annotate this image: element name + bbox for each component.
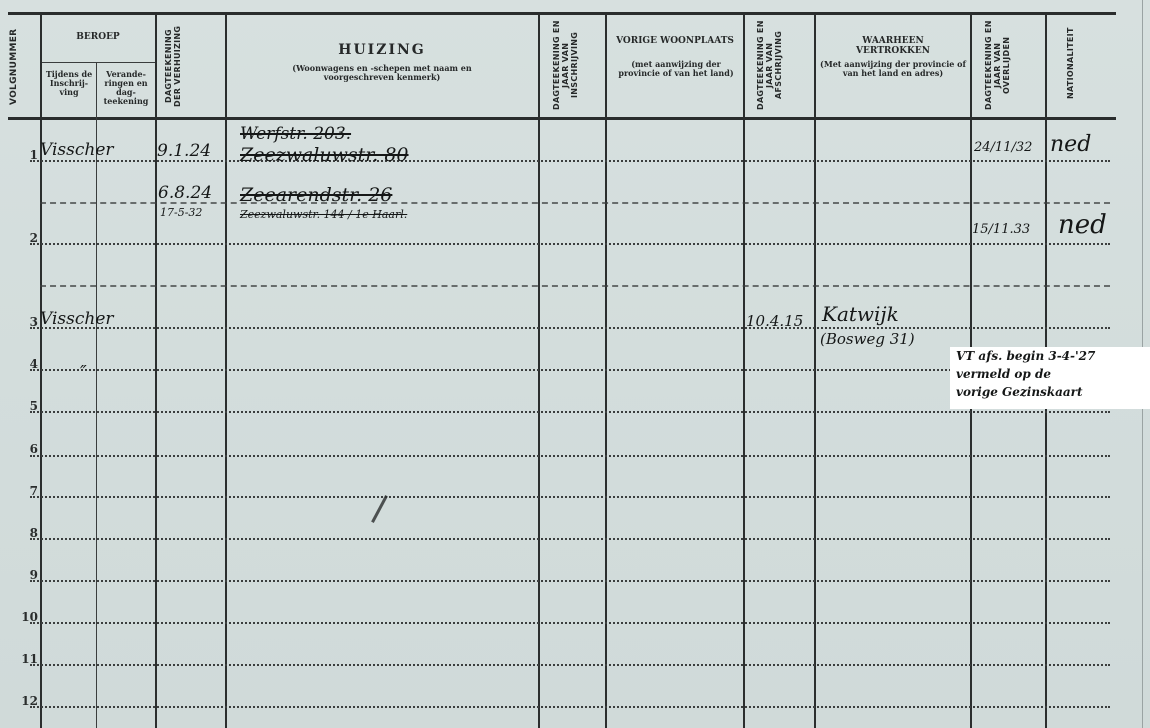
col-line: [743, 14, 745, 728]
row2-nationaliteit: Ned: [1058, 210, 1107, 240]
row-line-11: [30, 664, 1110, 666]
row-line-10: [30, 622, 1110, 624]
header-beroep-tijdens: Tijdens de Inschrij-ving: [44, 70, 94, 97]
annotation-note-line-3: vorige Gezinskaart: [956, 385, 1083, 399]
huizing-address-3: Zeearendstr. 26: [240, 184, 392, 206]
col-line: [814, 14, 816, 728]
header-waarheen-subtitle: (Met aanwijzing der provincie of van het…: [820, 60, 966, 78]
row1-beroep: Visscher: [40, 140, 114, 160]
header-vorige-woonplaats: VORIGE WOONPLAATS: [612, 36, 738, 46]
row-line-mid: [40, 285, 1110, 287]
row-line-2: [30, 243, 1110, 245]
header-dagteekening-inschrijving: DAGTEEKENING EN JAAR VAN INSCHRIJVING: [552, 15, 592, 115]
header-beroep-veranderingen: Verande-ringen en dag-teekening: [98, 70, 154, 106]
row-line-5: [30, 411, 1110, 413]
row1-overlijden-date: 24/11/32: [974, 140, 1032, 155]
header-bottom-rule: [8, 117, 1116, 120]
row-number: 2: [18, 231, 38, 245]
header-beroep: BEROEP: [42, 32, 154, 42]
row4-ditto-mark: ″: [80, 362, 87, 383]
row-line-3: [30, 327, 1110, 329]
row1-date-2: 6.8.24: [158, 183, 212, 203]
header-volgnummer: VOLGNUMMER: [10, 22, 34, 112]
header-waarheen: WAARHEEN VERTROKKEN: [830, 36, 956, 56]
row3-waarheen-place: Katwijk: [822, 302, 899, 326]
row-number: 9: [18, 568, 38, 582]
annotation-note-line-1: VT afs. begin 3-4-'27: [956, 349, 1095, 363]
huizing-address-4: Zeezwaluwstr. 144 / 1e Haarl.: [240, 208, 407, 221]
annotation-note-line-2: vermeld op de: [956, 367, 1051, 381]
col-line: [155, 14, 157, 728]
row-number: 7: [18, 484, 38, 498]
row-number: 5: [18, 399, 38, 413]
col-line: [538, 14, 540, 728]
row-line-4: [30, 369, 1110, 371]
header-huizing: HUIZING: [228, 42, 536, 58]
col-line: [40, 14, 42, 728]
beroep-sub-divider: [40, 62, 155, 63]
row-number: 8: [18, 526, 38, 540]
header-nationaliteit: NATIONALITEIT: [1066, 15, 1080, 111]
huizing-address-2: Zeezwaluwstr. 80: [240, 144, 409, 166]
row-line-8: [30, 538, 1110, 540]
row-line-7: [30, 496, 1110, 498]
header-dagteekening-afschrijving: DAGTEEKENING EN JAAR VAN AFSCHRIJVING: [756, 15, 800, 115]
row-number: 11: [18, 652, 38, 666]
header-dagteekening-verhuizing: DAGTEEKENING DER VERHUIZING: [164, 18, 216, 114]
row3-beroep: Visscher: [40, 309, 114, 329]
row-number: 12: [18, 694, 38, 708]
row-number: 6: [18, 442, 38, 456]
row1-nationaliteit: Ned: [1050, 132, 1091, 157]
row1-date-1: 9.1.24: [157, 141, 211, 161]
row-number: 3: [18, 315, 38, 329]
row-line-6: [30, 455, 1110, 457]
col-line: [225, 14, 227, 728]
row-number: 1: [18, 148, 38, 162]
header-vorige-woonplaats-subtitle: (met aanwijzing der provincie of van het…: [618, 60, 734, 78]
header-dagteekening-overlijden: DAGTEEKENING EN JAAR VAN OVERLIJDEN: [984, 15, 1030, 115]
row3-afschrijving-date: 10.4.15: [746, 312, 803, 330]
row2-overlijden-date: 15/11.33: [972, 222, 1030, 237]
row-line-12: [30, 706, 1110, 708]
stray-pen-mark: [371, 495, 388, 523]
row-number: 4: [18, 357, 38, 371]
huizing-address-1: Werfstr. 203.: [240, 124, 351, 144]
row3-waarheen-address: (Bosweg 31): [820, 330, 915, 348]
header-huizing-subtitle: (Woonwagens en -schepen met naam en voor…: [262, 64, 502, 82]
row-number: 10: [18, 610, 38, 624]
row1-date-3: 17-5-32: [160, 206, 202, 219]
register-sheet: VOLGNUMMER BEROEP Tijdens de Inschrij-vi…: [0, 0, 1150, 728]
annotation-note-patch: VT afs. begin 3-4-'27 vermeld op de vori…: [950, 347, 1150, 409]
col-line: [605, 14, 607, 728]
row-line-9: [30, 580, 1110, 582]
